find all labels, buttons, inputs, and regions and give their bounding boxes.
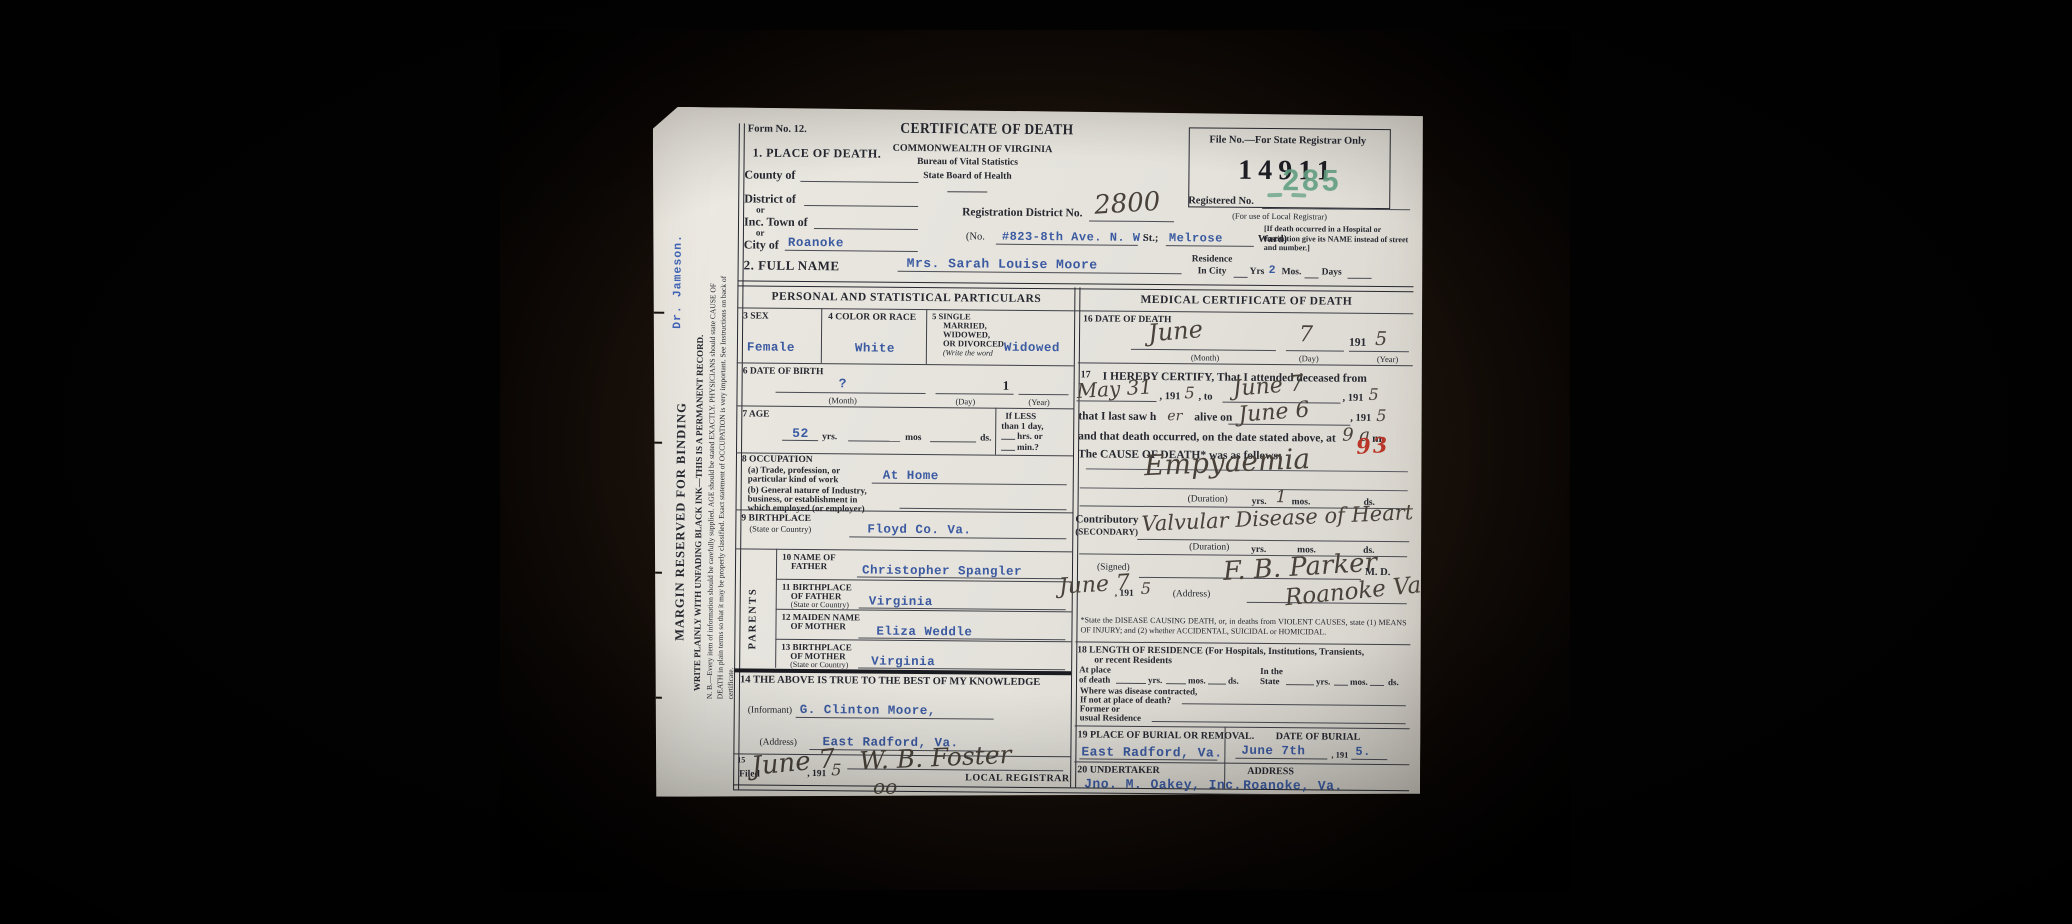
- city-value: Roanoke: [788, 236, 844, 250]
- inc-town-label: Inc. Town of: [744, 214, 808, 230]
- local-registrar-label: LOCAL REGISTRAR: [965, 772, 1070, 784]
- district-line: [804, 205, 918, 207]
- full-name-value: Mrs. Sarah Louise Moore: [907, 256, 1098, 273]
- death-day-caption: (Day): [1299, 353, 1319, 363]
- dob-month-caption: (Month): [828, 395, 856, 405]
- truth-statement-label: 14 THE ABOVE IS TRUE TO THE BEST OF MY K…: [740, 674, 1040, 688]
- age-yrs-line: [782, 440, 818, 441]
- age-mos-line: [848, 440, 900, 441]
- occupation-a-label-2: particular kind of work: [748, 473, 839, 484]
- sex-label: 3 SEX: [743, 311, 769, 321]
- cause-footnote: *State the DISEASE CAUSING DEATH, or, in…: [1080, 615, 1406, 638]
- row-rule: [736, 405, 1073, 409]
- color-race-value: White: [855, 341, 895, 355]
- cell-rule: [821, 308, 822, 363]
- to-191-label: , 191: [1342, 393, 1363, 404]
- in-city-yrs-value: 2: [1269, 264, 1277, 277]
- burial-year-line: [1351, 759, 1387, 760]
- undertaker-address-label: ADDRESS: [1247, 766, 1294, 777]
- last-saw-mid-label: alive on: [1194, 411, 1232, 423]
- cell-rule: [995, 408, 996, 455]
- doctor-jameson-stamp: Dr. Jameson.: [671, 207, 685, 329]
- age-ds-line: [930, 441, 976, 442]
- res-line: [1286, 684, 1314, 685]
- form-number: Form No. 12.: [748, 123, 807, 135]
- at-place-label: At place: [1079, 664, 1111, 674]
- duration-label: (Duration): [1188, 494, 1228, 504]
- attended-from-handwritten: May 31: [1076, 374, 1153, 403]
- date-of-birth-label: 6 DATE OF BIRTH: [743, 366, 824, 377]
- burial-date-value: June 7th: [1241, 744, 1305, 759]
- or-label-1: or: [756, 205, 765, 215]
- red-code-stamp: 93: [1355, 432, 1390, 459]
- age-yrs-label: yrs.: [822, 432, 837, 442]
- death-year-handwritten: 5: [1375, 328, 1387, 350]
- row-rule: [1075, 641, 1410, 645]
- burial-date-line: [1235, 758, 1327, 760]
- bureau-subtitle: Bureau of Vital Statistics: [893, 157, 1043, 168]
- to-year-handwritten: 5: [1368, 385, 1378, 404]
- binding-stitch-mark: [653, 312, 664, 314]
- physician-address-label: (Address): [1173, 589, 1211, 599]
- res-mos-label: mos.: [1188, 675, 1206, 685]
- dob-year-line: [1019, 394, 1069, 395]
- in-city-yrs-label: Yrs: [1250, 267, 1265, 277]
- cause-rule-2: [1080, 487, 1408, 491]
- in-city-days-label: Days: [1322, 267, 1342, 277]
- if-less-label-4: min.?: [1017, 442, 1039, 452]
- dob-year-caption: (Year): [1028, 397, 1049, 407]
- filed-191-label: , 191: [807, 769, 826, 779]
- hospital-note: [If death occurred in a Hospital or Inst…: [1264, 224, 1410, 254]
- in-the-label: In the: [1260, 666, 1283, 676]
- burial-year-value: 5.: [1355, 745, 1371, 759]
- death-day-handwritten: 7: [1299, 322, 1313, 347]
- contracted-line: [1182, 703, 1406, 706]
- marital-value: Widowed: [1004, 341, 1060, 355]
- residence-label: Residence: [1192, 254, 1233, 264]
- ward-value: Melrose: [1169, 231, 1223, 245]
- birthplace-value: Floyd Co. Va.: [867, 523, 971, 538]
- birthplace-label: 9 BIRTHPLACE: [741, 513, 811, 524]
- marital-write-word-note: (Write the word: [943, 348, 993, 357]
- photo-of-death-certificate: MARGIN RESERVED FOR BINDING WRITE PLAINL…: [0, 0, 2072, 924]
- inc-town-line: [814, 228, 918, 230]
- father-name-label-2: FATHER: [791, 561, 827, 571]
- in-city-days-line: [1348, 278, 1372, 279]
- former-label-2: usual Residence: [1080, 712, 1141, 723]
- header-divider-rule: [947, 191, 987, 192]
- signature-flourish: oo: [873, 775, 897, 799]
- full-name-label: 2. FULL NAME: [744, 257, 840, 274]
- st-label: St.;: [1143, 233, 1159, 244]
- death-month-handwritten: June: [1147, 315, 1204, 347]
- from-year-handwritten: 5: [1184, 383, 1194, 402]
- if-less-label-2: than 1 day,: [1001, 421, 1043, 431]
- res-ds-label: ds.: [1228, 676, 1239, 686]
- ward-line: [1166, 245, 1254, 247]
- duration2-label: (Duration): [1189, 542, 1229, 552]
- age-ds-label: ds.: [980, 434, 991, 444]
- age-value: 52: [792, 426, 809, 441]
- if-less-hrs-line: [1001, 439, 1015, 440]
- registered-no-label: Registered No.: [1188, 195, 1254, 207]
- sex-value: Female: [747, 340, 795, 354]
- from-191-label: , 191: [1159, 391, 1180, 402]
- undertaker-value: Jno. M. Oakey, Inc.: [1084, 776, 1242, 792]
- mother-maiden-label-2: OF MOTHER: [790, 621, 846, 631]
- burial-place-label: 19 PLACE OF BURIAL OR REMOVAL.: [1078, 729, 1255, 742]
- registration-district-value-handwritten: 2800: [1093, 187, 1161, 221]
- street-no-label: (No.: [966, 231, 985, 242]
- informant-address-label: (Address): [759, 738, 797, 748]
- occupation-label: 8 OCCUPATION: [742, 454, 813, 465]
- death-year-caption: (Year): [1377, 354, 1398, 364]
- row-rule: [1078, 362, 1413, 366]
- undertaker-label: 20 UNDERTAKER: [1077, 764, 1160, 776]
- duration-months-handwritten: 1: [1276, 487, 1287, 507]
- if-less-min-line: [1001, 450, 1015, 451]
- state-label: State: [1260, 676, 1280, 686]
- death-month-caption: (Month): [1191, 352, 1219, 362]
- age-mos-label: mos: [905, 433, 921, 443]
- last-saw-pre-label: that I last saw h: [1078, 410, 1156, 423]
- saw-year-handwritten: 5: [1376, 406, 1386, 425]
- contributory-line: [1137, 539, 1409, 542]
- parents-vertical-label: PARENTS: [747, 569, 759, 649]
- state-yrs-label: yrs.: [1316, 676, 1330, 686]
- cause-of-death-handwritten: Empyaemia: [1143, 442, 1310, 482]
- res-line: [1208, 684, 1226, 685]
- filed-year-handwritten: 5: [831, 760, 841, 779]
- registration-district-label: Registration District No.: [962, 206, 1083, 219]
- occupation-b-label-3: which employed (or employer): [747, 502, 864, 513]
- secondary-label: (SECONDARY): [1075, 526, 1138, 537]
- death-certificate-paper: MARGIN RESERVED FOR BINDING WRITE PLAINL…: [647, 107, 1426, 804]
- contributory-label: Contributory: [1075, 513, 1138, 526]
- birthplace-subcaption: (State or Country): [749, 523, 811, 534]
- personal-particulars-heading: PERSONAL AND STATISTICAL PARTICULARS: [746, 290, 1066, 305]
- margin-binding-text: MARGIN RESERVED FOR BINDING: [672, 375, 689, 641]
- certificate-title: CERTIFICATE OF DEATH: [900, 121, 1035, 139]
- marital-label-4: OR DIVORCED: [943, 338, 1004, 349]
- of-death-label: of death: [1079, 674, 1110, 684]
- street-line: [996, 244, 1138, 246]
- death-year-line: [1349, 351, 1409, 353]
- in-city-mos-line: [1305, 277, 1319, 278]
- undertaker-address-value: Roanoke, Va.: [1243, 778, 1343, 794]
- local-registrar-use-note: (For use of Local Registrar): [1232, 211, 1327, 222]
- informant-line: [796, 717, 994, 720]
- in-city-label: In City: [1198, 266, 1227, 276]
- registered-number-stamp: 285: [1282, 164, 1341, 199]
- former-residence-line: [1152, 721, 1406, 724]
- cell-rule: [926, 309, 927, 364]
- registered-no-line: [1262, 208, 1410, 210]
- res-line: [1334, 685, 1348, 686]
- death-month-line: [1131, 349, 1276, 351]
- res-line: [1116, 683, 1146, 684]
- death-191-label: 191: [1349, 337, 1366, 349]
- county-label: County of: [744, 167, 795, 182]
- file-box-label: File No.—For State Registrar Only: [1190, 134, 1386, 147]
- res-line: [1370, 685, 1384, 686]
- dob-month-line: [776, 392, 926, 394]
- res-line: [1166, 683, 1186, 684]
- street-value: #823-8th Ave. N. W.: [1002, 230, 1148, 245]
- birthplace-line: [849, 536, 1066, 539]
- informant-value: G. Clinton Moore,: [800, 703, 936, 718]
- death-day-line: [1286, 350, 1344, 352]
- occupation-a-line: [872, 483, 1067, 486]
- commonwealth-subtitle: COMMONWEALTH OF VIRGINIA: [893, 143, 1043, 155]
- res-yrs-label: yrs.: [1148, 675, 1162, 685]
- age-label: 7 AGE: [742, 409, 769, 419]
- if-less-label-3: hrs. or: [1017, 431, 1043, 441]
- occupation-b-line: [900, 508, 1067, 510]
- attended-to-handwritten: June 7: [1232, 371, 1305, 402]
- county-line: [800, 181, 918, 183]
- place-of-death-heading: 1. PLACE OF DEATH.: [753, 146, 882, 162]
- board-subtitle: State Board of Health: [892, 171, 1042, 182]
- signed-year-handwritten: 5: [1141, 579, 1151, 598]
- duration-yrs-label: yrs.: [1252, 497, 1267, 507]
- dob-day-caption: (Day): [955, 396, 975, 406]
- dob-year-value: 1: [1003, 378, 1010, 394]
- full-name-line: [898, 271, 1182, 274]
- filed-section-number: 15: [737, 755, 745, 764]
- city-line: [785, 250, 918, 252]
- in-city-line: [1234, 277, 1248, 278]
- burial-191-label: , 191: [1331, 750, 1348, 760]
- row-rule: [737, 362, 1074, 366]
- saw-191-label: , 191: [1350, 413, 1371, 424]
- district-label: District of: [744, 191, 796, 206]
- burial-date-label: DATE OF BURIAL: [1231, 731, 1406, 744]
- signed-191-label: , 191: [1115, 589, 1134, 599]
- to-label: , to: [1198, 391, 1212, 402]
- margin-write-plainly-text: WRITE PLAINLY WITH UNFADING BLACK INK—TH…: [692, 299, 705, 691]
- medical-certificate-heading: MEDICAL CERTIFICATE OF DEATH: [1081, 293, 1411, 308]
- in-city-mos-label: Mos.: [1282, 267, 1302, 277]
- city-label: City of: [744, 237, 779, 252]
- last-saw-fill-handwritten: er: [1167, 408, 1182, 424]
- burial-place-line: [1079, 758, 1217, 760]
- color-race-label: 4 COLOR OR RACE: [828, 312, 916, 323]
- or-label-2: or: [756, 228, 765, 238]
- green-check-dash: [1267, 193, 1282, 198]
- dob-month-value: ?: [839, 376, 847, 391]
- informant-label: (Informant): [748, 705, 792, 715]
- registration-district-line: [1089, 220, 1174, 222]
- if-less-label-1: If LESS: [1005, 411, 1036, 421]
- occupation-a-value: At Home: [883, 469, 939, 483]
- state-mos-label: mos.: [1350, 677, 1368, 687]
- state-ds-label: ds.: [1388, 677, 1399, 687]
- row-rule: [1075, 725, 1410, 729]
